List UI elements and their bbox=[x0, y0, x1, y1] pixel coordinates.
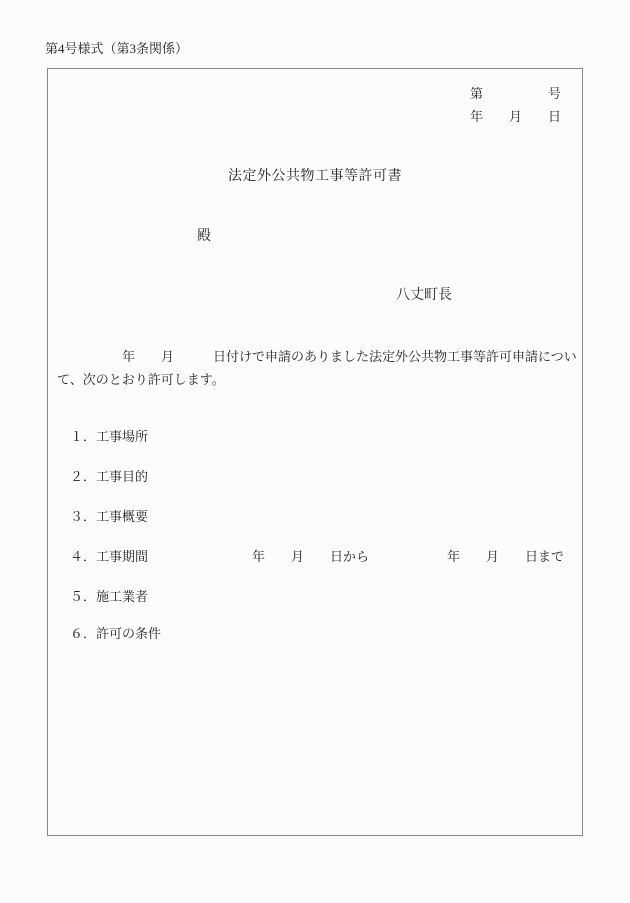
permit-item-contractor: ５．施工業者 bbox=[70, 590, 148, 605]
permit-number-line: 第 号 bbox=[470, 87, 561, 102]
issue-date-line: 年 月 日 bbox=[470, 110, 561, 125]
form-number-label: 第4号様式（第3条関係） bbox=[45, 42, 188, 57]
body-paragraph-line: 年 月 日付けで申請のありました法定外公共物工事等許可申請につい bbox=[57, 350, 577, 365]
permit-item-construction-purpose: ２．工事目的 bbox=[70, 470, 148, 485]
document-page: 第4号様式（第3条関係） 第 号 年 月 日 法定外公共物工事等許可書 殿 八丈… bbox=[0, 0, 630, 903]
issuer-name: 八丈町長 bbox=[396, 288, 452, 304]
permit-item-construction-period: ４．工事期間 年 月 日から 年 月 日まで bbox=[70, 550, 564, 565]
addressee-honorific: 殿 bbox=[197, 229, 211, 245]
document-title: 法定外公共物工事等許可書 bbox=[47, 169, 583, 185]
permit-item-construction-outline: ３．工事概要 bbox=[70, 510, 148, 525]
permit-item-construction-location: １．工事場所 bbox=[70, 430, 148, 445]
body-paragraph-line: て、次のとおり許可します。 bbox=[57, 373, 225, 388]
permit-item-permit-conditions: ６．許可の条件 bbox=[70, 627, 161, 642]
